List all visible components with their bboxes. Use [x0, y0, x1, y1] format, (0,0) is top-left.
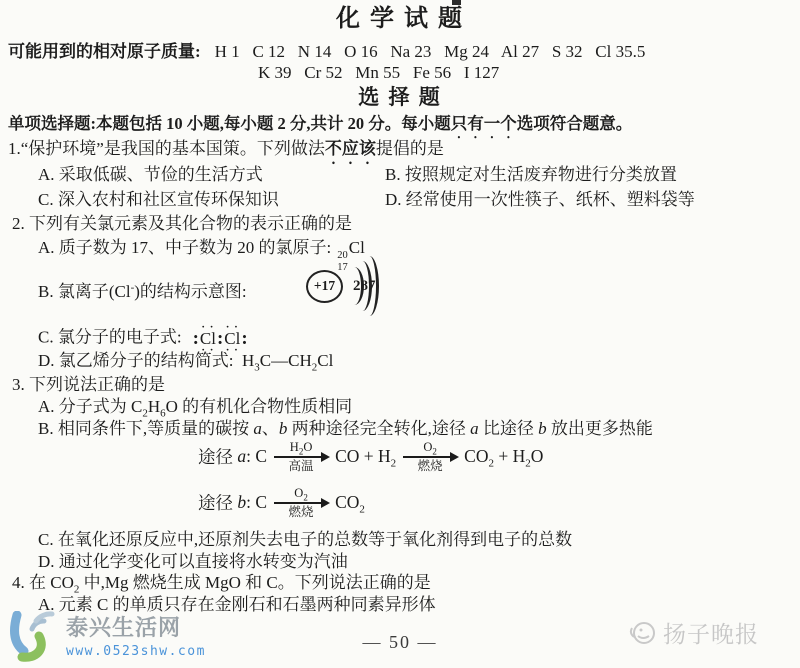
- arrow-condition-top: H2O: [290, 441, 313, 454]
- nucleus-charge: +17: [306, 270, 343, 303]
- question-2-stem: 2. 下列有关氯元素及其化合物的表示正确的是: [12, 214, 352, 234]
- formula-sub: 2: [391, 458, 397, 470]
- path-a-label: 途径: [198, 444, 237, 469]
- instructions-pre: 单项选择题:本题包括 10 小题,每小题 2 分,共计 20 分。每小题: [8, 114, 451, 133]
- reaction-arrow: O2 燃烧: [403, 441, 457, 472]
- formula-part: Cl: [317, 351, 333, 370]
- q3a-part: A. 分子式为 C: [38, 397, 142, 416]
- path-b-label-italic: b: [237, 492, 246, 513]
- atomic-masses-line1: 可能用到的相对原子质量:H 1 C 12 N 14 O 16 Na 23 Mg …: [8, 42, 645, 62]
- reactant-carbon: C: [255, 446, 267, 467]
- q2-option-d: D. 氯乙烯分子的结构简式: H3C—CH2Cl: [38, 351, 333, 371]
- q3b-part: 比途径: [479, 419, 539, 438]
- reaction-path-b: 途径 b: C O2 燃烧 CO2: [198, 487, 365, 518]
- question-1-stem: 1.“保护环境”是我国的基本国策。下列做法不应该提倡的是: [8, 139, 444, 168]
- q2b-pre: B. 氯离子(Cl: [38, 282, 131, 301]
- q3b-italic: a: [470, 419, 479, 438]
- instructions-emphasis: 只有一个: [451, 114, 517, 133]
- condition-part: O: [294, 486, 303, 500]
- reaction-arrow: H2O 高温: [274, 441, 328, 472]
- arrow-condition-bottom: 燃烧: [289, 506, 314, 519]
- atomic-structure-diagram: +17 2 8 7: [306, 256, 376, 316]
- q3a-part: H: [148, 397, 160, 416]
- formula-part: C—CH: [260, 351, 312, 370]
- intermediate-products: CO + H2: [335, 446, 396, 467]
- arrow-shaft-icon: [274, 456, 328, 458]
- lewis-cl-group: · ·Cl· ·: [224, 324, 240, 353]
- q3a-part: O 的有机化合物性质相同: [166, 397, 353, 416]
- instructions: 单项选择题:本题包括 10 小题,每小题 2 分,共计 20 分。每小题只有一个…: [8, 114, 632, 142]
- atomic-masses-values1: H 1 C 12 N 14 O 16 Na 23 Mg 24 Al 27 S 3…: [215, 42, 646, 61]
- q2a-text: A. 质子数为 17、中子数为 20 的氯原子:: [38, 238, 331, 257]
- atomic-masses-label: 可能用到的相对原子质量:: [8, 42, 201, 61]
- q1-stem-pre: 1.“保护环境”是我国的基本国策。下列做法: [8, 139, 325, 158]
- q3b-italic: b: [538, 419, 547, 438]
- q3b-part: 两种途径完全转化,途径: [287, 419, 470, 438]
- path-b-label: 途径: [198, 490, 237, 515]
- q3b-part: 、: [262, 419, 279, 438]
- q3b-part: 放出更多热能: [547, 419, 653, 438]
- chloroethane-formula: H3C—CH2Cl: [242, 351, 333, 370]
- formula-sub: 2: [359, 504, 365, 516]
- q1-option-b: B. 按照规定对生活废弃物进行分类放置: [385, 165, 677, 185]
- shell3-electrons: 7: [368, 278, 376, 295]
- lewis-colon: :: [241, 329, 247, 348]
- path-a-label-italic: a: [237, 446, 246, 467]
- formula-part: CO: [464, 446, 488, 466]
- press-name: 扬子晚报: [663, 616, 759, 649]
- atomic-masses-line2: K 39 Cr 52 Mn 55 Fe 56 I 127: [258, 63, 499, 83]
- lewis-colon: :: [193, 329, 199, 348]
- q1-stem-emphasis: 不应该: [325, 139, 376, 158]
- q2-option-c: C. 氯分子的电子式::· ·Cl· ·:· ·Cl· ·:: [38, 324, 249, 353]
- path-b-label-colon: :: [246, 492, 255, 513]
- arrow-shaft-icon: [274, 502, 328, 504]
- formula-part: CO + H: [335, 446, 391, 466]
- reactant-carbon: C: [255, 492, 267, 513]
- reaction-path-a: 途径 a: C H2O 高温 CO + H2 O2 燃烧 CO2 + H2O: [198, 441, 543, 472]
- isotope-symbol: Cl: [349, 238, 365, 257]
- q3-option-a: A. 分子式为 C2H6O 的有机化合物性质相同: [38, 397, 352, 417]
- final-products: CO2 + H2O: [464, 446, 543, 467]
- q2c-text: C. 氯分子的电子式:: [38, 327, 182, 346]
- instructions-post: 选项符合题意。: [517, 114, 633, 133]
- press-watermark: 扬子晚报: [628, 616, 759, 649]
- q4-part: 中,Mg 燃烧生成 MgO 和 C。下列说法正确的是: [79, 573, 430, 592]
- formula-part: + H: [494, 446, 525, 466]
- section-title: 选 择 题: [0, 85, 800, 110]
- q3b-part: B. 相同条件下,等质量的碳按: [38, 419, 253, 438]
- q3-option-b: B. 相同条件下,等质量的碳按 a、b 两种途径完全转化,途径 a 比途径 b …: [38, 419, 653, 439]
- formula-part: H: [242, 351, 254, 370]
- arrow-condition-top: O2: [423, 441, 437, 454]
- condition-part: O: [303, 440, 312, 454]
- path-a-label-colon: :: [246, 446, 255, 467]
- final-products: CO2: [335, 492, 365, 513]
- lewis-cl-group: · ·Cl· ·: [200, 324, 216, 353]
- arrow-condition-top: O2: [294, 487, 308, 500]
- lewis-structure: :· ·Cl· ·:· ·Cl· ·:: [192, 324, 249, 353]
- question-3-stem: 3. 下列说法正确的是: [12, 375, 165, 395]
- q3-option-d: D. 通过化学变化可以直接将水转变为汽油: [38, 552, 348, 572]
- lewis-colon: :: [217, 329, 223, 348]
- formula-part: CO: [335, 492, 359, 512]
- exam-paper-page: 化 学 试 题 可能用到的相对原子质量:H 1 C 12 N 14 O 16 N…: [0, 0, 800, 668]
- shell1-electrons: 2: [353, 278, 361, 295]
- question-4-stem: 4. 在 CO2 中,Mg 燃烧生成 MgO 和 C。下列说法正确的是: [12, 573, 431, 593]
- press-logo-icon: [628, 618, 658, 648]
- q2b-post: )的结构示意图:: [134, 282, 246, 301]
- q1-stem-post: 提倡的是: [376, 139, 444, 158]
- q1-option-d: D. 经常使用一次性筷子、纸杯、塑料袋等: [385, 190, 695, 210]
- condition-part: H: [290, 440, 299, 454]
- paper-title: 化 学 试 题: [0, 5, 800, 34]
- arrow-condition-bottom: 燃烧: [418, 460, 443, 473]
- q1-option-a: A. 采取低碳、节俭的生活方式: [38, 165, 263, 185]
- arrow-shaft-icon: [403, 456, 457, 458]
- formula-part: O: [531, 446, 544, 466]
- arrow-condition-bottom: 高温: [289, 460, 314, 473]
- q3b-italic: a: [253, 419, 262, 438]
- reaction-arrow: O2 燃烧: [274, 487, 328, 518]
- q3-option-c: C. 在氧化还原反应中,还原剂失去电子的总数等于氧化剂得到电子的总数: [38, 530, 572, 550]
- q4-part: 4. 在 CO: [12, 573, 74, 592]
- q1-option-c: C. 深入农村和社区宣传环保知识: [38, 190, 279, 210]
- q2d-text: D. 氯乙烯分子的结构简式:: [38, 351, 242, 370]
- q2-option-b: B. 氯离子(Cl-)的结构示意图:: [38, 282, 247, 302]
- shell2-electrons: 8: [361, 278, 369, 295]
